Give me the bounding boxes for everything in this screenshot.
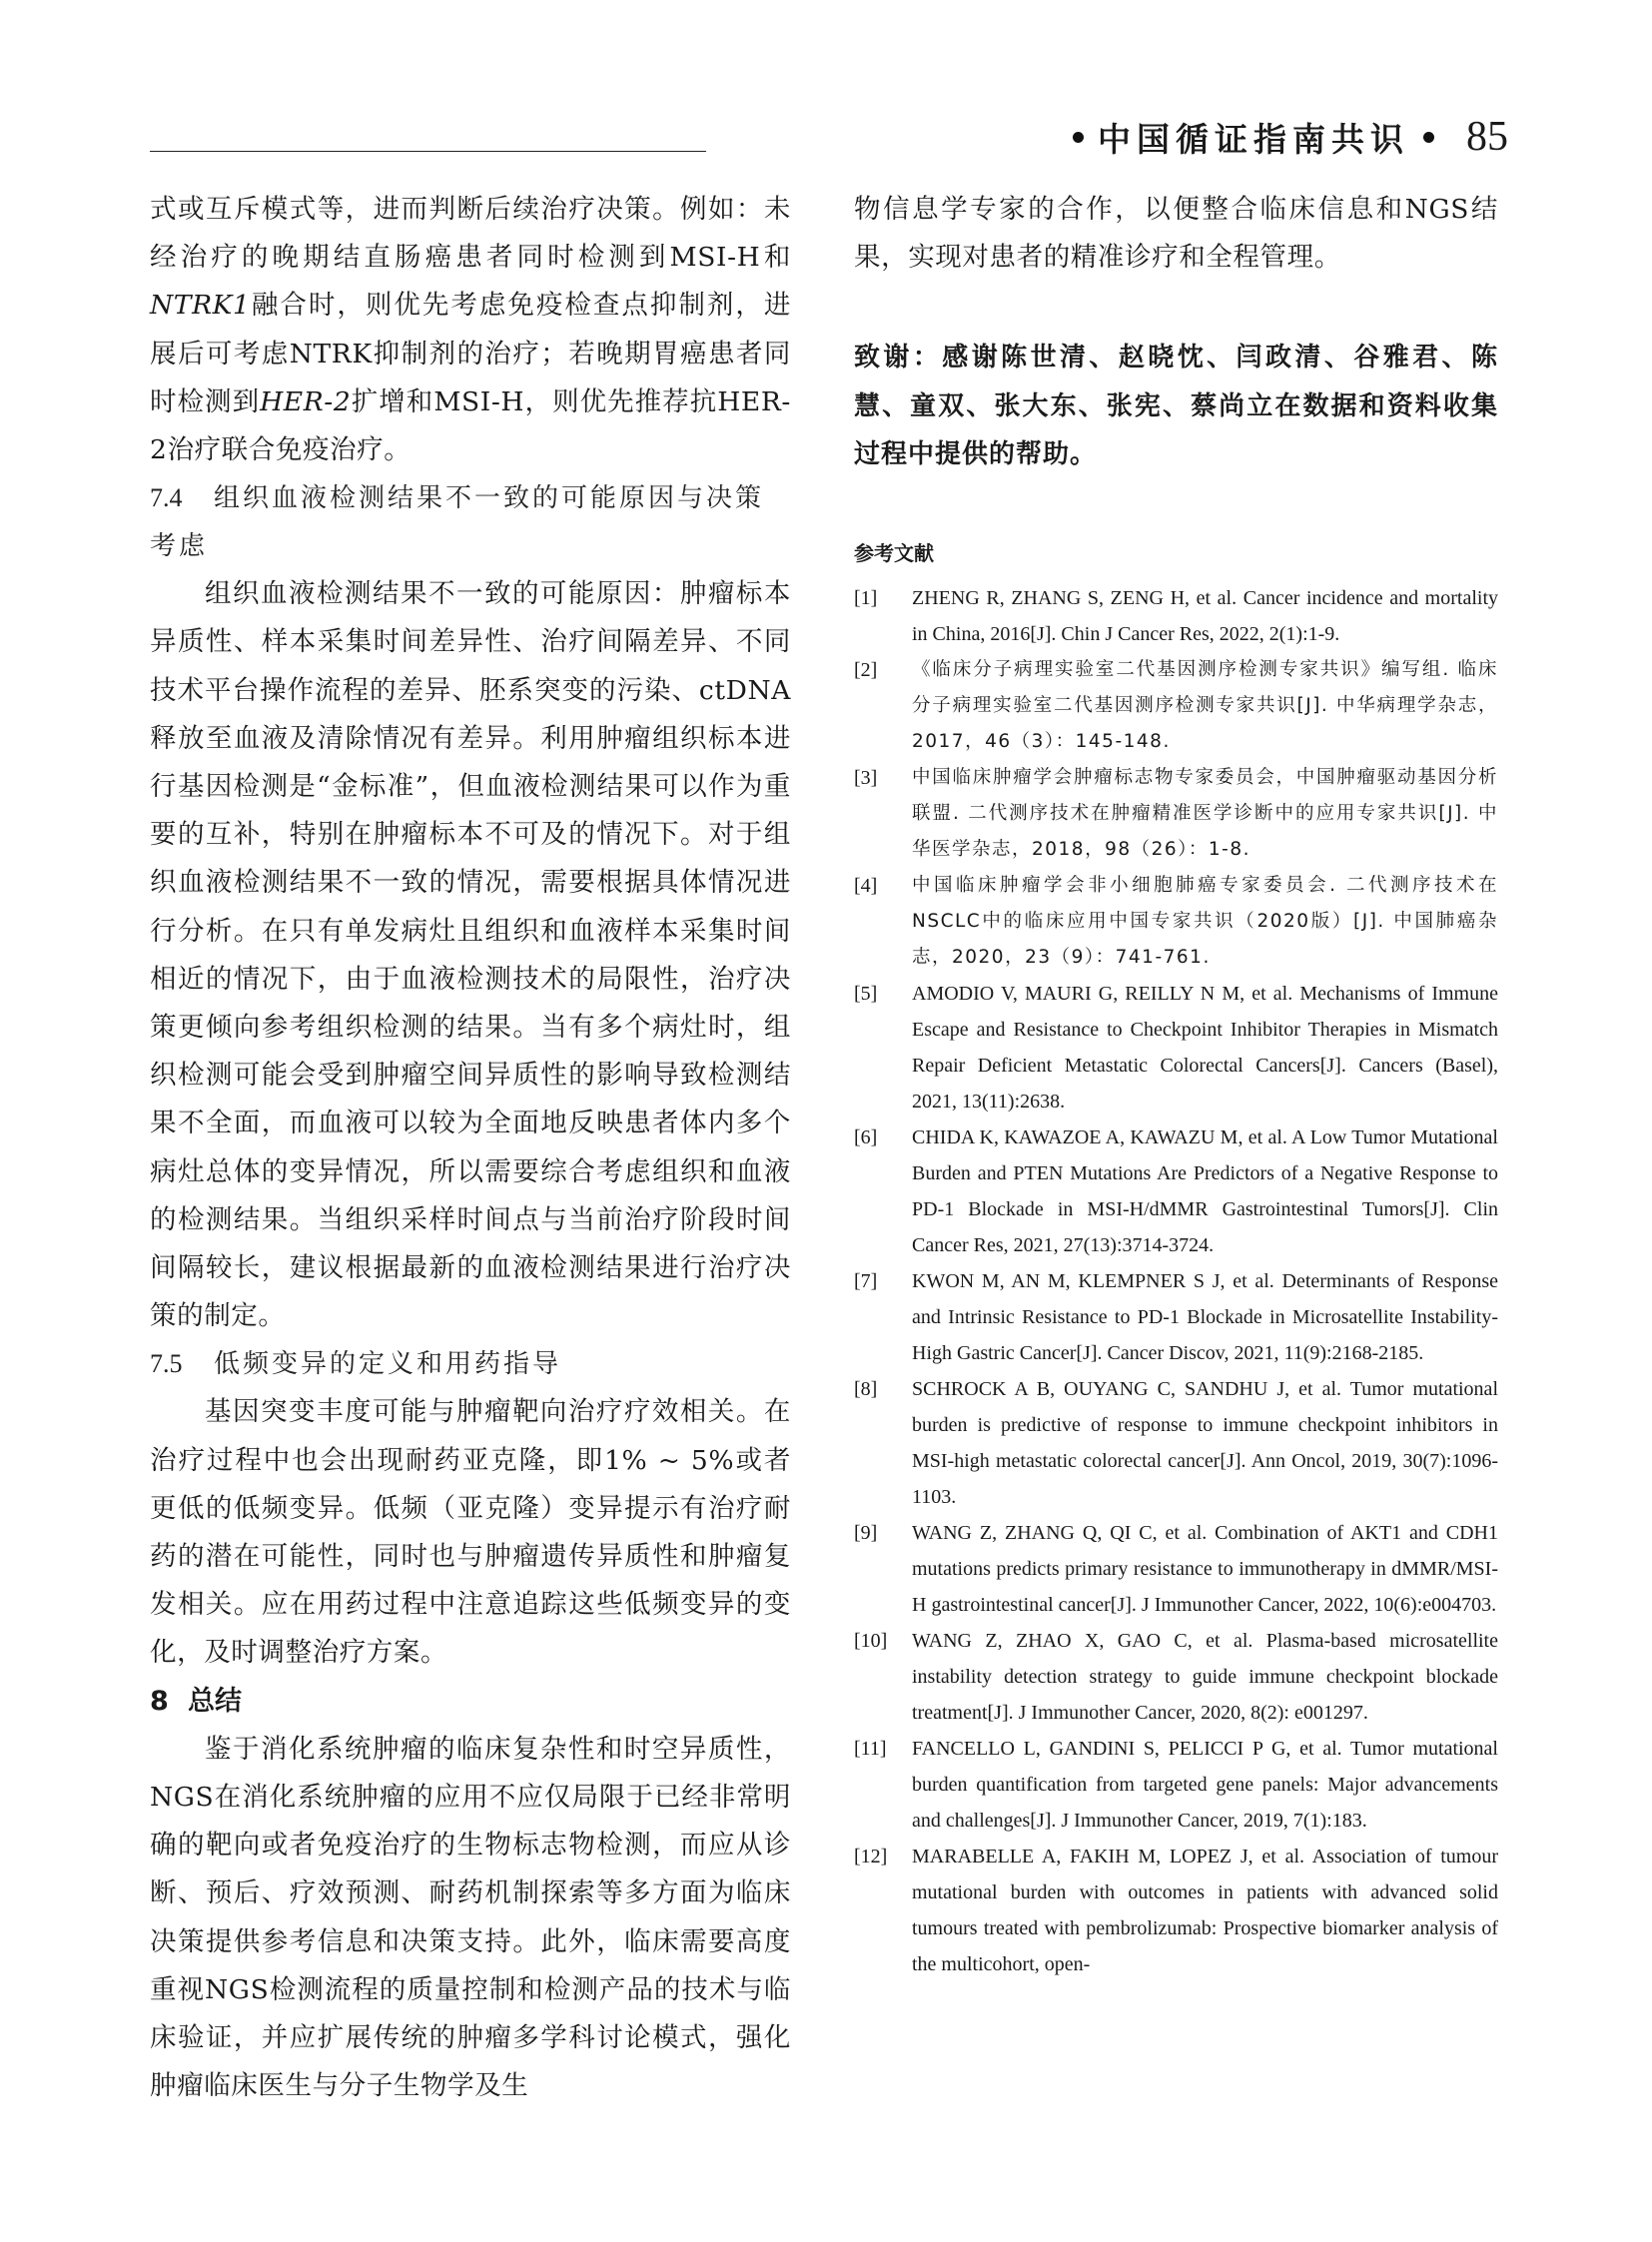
reference-text: 《临床分子病理实验室二代基因测序检测专家共识》编写组. 临床分子病理实验室二代基…: [912, 652, 1498, 760]
section-number: 7.4: [150, 474, 214, 522]
reference-text: MARABELLE A, FAKIH M, LOPEZ J, et al. As…: [912, 1839, 1498, 1982]
reference-text: ZHENG R, ZHANG S, ZENG H, et al. Cancer …: [912, 580, 1498, 652]
journal-name: 中国循证指南共识: [1098, 114, 1409, 161]
reference-item: [1]ZHENG R, ZHANG S, ZENG H, et al. Canc…: [854, 580, 1498, 652]
reference-item: [7]KWON M, AN M, KLEMPNER S J, et al. De…: [854, 1263, 1498, 1371]
reference-text: FANCELLO L, GANDINI S, PELICCI P G, et a…: [912, 1731, 1498, 1839]
section-heading-7-4: 7.4组织血液检测结果不一致的可能原因与决策考虑: [150, 474, 791, 570]
gene-name: NTRK1: [150, 290, 250, 321]
reference-index: [5]: [854, 976, 912, 1120]
reference-text: KWON M, AN M, KLEMPNER S J, et al. Deter…: [912, 1263, 1498, 1371]
section-heading-7-5: 7.5低频变异的定义和用药指导: [150, 1340, 791, 1388]
reference-index: [7]: [854, 1263, 912, 1371]
reference-item: [11]FANCELLO L, GANDINI S, PELICCI P G, …: [854, 1731, 1498, 1839]
reference-index: [1]: [854, 580, 912, 652]
reference-index: [9]: [854, 1515, 912, 1623]
reference-index: [6]: [854, 1120, 912, 1263]
reference-text: AMODIO V, MAURI G, REILLY N M, et al. Me…: [912, 976, 1498, 1120]
reference-index: [12]: [854, 1839, 912, 1982]
running-head: 中国循证指南共识 85: [1039, 112, 1508, 162]
reference-item: [4]中国临床肿瘤学会非小细胞肺癌专家委员会. 二代测序技术在NSCLC中的临床…: [854, 868, 1498, 976]
section-title: 组织血液检测结果不一致的可能原因与决策考虑: [150, 483, 764, 561]
reference-index: [2]: [854, 652, 912, 760]
reference-text: 中国临床肿瘤学会非小细胞肺癌专家委员会. 二代测序技术在NSCLC中的临床应用中…: [912, 868, 1498, 976]
reference-item: [6]CHIDA K, KAWAZOE A, KAWAZU M, et al. …: [854, 1120, 1498, 1263]
bullet-icon: [1073, 132, 1084, 143]
paragraph-continued: 式或互斥模式等，进而判断后续治疗决策。例如：未经治疗的晚期结直肠癌患者同时检测到…: [150, 186, 791, 474]
reference-item: [5]AMODIO V, MAURI G, REILLY N M, et al.…: [854, 976, 1498, 1120]
section-7-5-body: 基因突变丰度可能与肿瘤靶向治疗疗效相关。在治疗过程中也会出现耐药亚克隆，即1% …: [150, 1388, 791, 1677]
reference-index: [3]: [854, 760, 912, 868]
right-column: 物信息学专家的合作，以便整合临床信息和NGS结果，实现对患者的精准诊疗和全程管理…: [854, 186, 1498, 1982]
reference-text: SCHROCK A B, OUYANG C, SANDHU J, et al. …: [912, 1371, 1498, 1515]
reference-item: [2]《临床分子病理实验室二代基因测序检测专家共识》编写组. 临床分子病理实验室…: [854, 652, 1498, 760]
page-number: 85: [1466, 113, 1508, 161]
reference-text: 中国临床肿瘤学会肿瘤标志物专家委员会，中国肿瘤驱动基因分析联盟. 二代测序技术在…: [912, 760, 1498, 868]
left-column: 式或互斥模式等，进而判断后续治疗决策。例如：未经治疗的晚期结直肠癌患者同时检测到…: [150, 186, 791, 2110]
section-title: 总结: [188, 1686, 242, 1717]
references-title: 参考文献: [854, 537, 1498, 566]
section-heading-8: 8总结: [150, 1678, 791, 1726]
reference-index: [11]: [854, 1731, 912, 1839]
reference-item: [3]中国临床肿瘤学会肿瘤标志物专家委员会，中国肿瘤驱动基因分析联盟. 二代测序…: [854, 760, 1498, 868]
text-run: 式或互斥模式等，进而判断后续治疗决策。例如：未经治疗的晚期结直肠癌患者同时检测到…: [150, 194, 791, 273]
paragraph-continued: 物信息学专家的合作，以便整合临床信息和NGS结果，实现对患者的精准诊疗和全程管理…: [854, 186, 1498, 282]
reference-item: [8]SCHROCK A B, OUYANG C, SANDHU J, et a…: [854, 1371, 1498, 1515]
reference-text: WANG Z, ZHAO X, GAO C, et al. Plasma-bas…: [912, 1623, 1498, 1731]
section-7-4-body: 组织血液检测结果不一致的可能原因：肿瘤标本异质性、样本采集时间差异性、治疗间隔差…: [150, 570, 791, 1340]
header-rule: [150, 151, 706, 152]
reference-item: [10]WANG Z, ZHAO X, GAO C, et al. Plasma…: [854, 1623, 1498, 1731]
acknowledgement: 致谢：感谢陈世清、赵晓忱、闫政清、谷雅君、陈慧、童双、张大东、张宪、蔡尚立在数据…: [854, 334, 1498, 479]
reference-item: [12]MARABELLE A, FAKIH M, LOPEZ J, et al…: [854, 1839, 1498, 1982]
section-8-body: 鉴于消化系统肿瘤的临床复杂性和时空异质性，NGS在消化系统肿瘤的应用不应仅局限于…: [150, 1726, 791, 2111]
section-title: 低频变异的定义和用药指导: [214, 1349, 561, 1379]
reference-list: [1]ZHENG R, ZHANG S, ZENG H, et al. Canc…: [854, 580, 1498, 1982]
reference-text: CHIDA K, KAWAZOE A, KAWAZU M, et al. A L…: [912, 1120, 1498, 1263]
section-number: 7.5: [150, 1340, 214, 1388]
bullet-icon: [1423, 132, 1434, 143]
gene-name: HER-2: [260, 386, 351, 417]
reference-text: WANG Z, ZHANG Q, QI C, et al. Combinatio…: [912, 1515, 1498, 1623]
section-number: 8: [150, 1678, 188, 1726]
reference-item: [9]WANG Z, ZHANG Q, QI C, et al. Combina…: [854, 1515, 1498, 1623]
reference-index: [10]: [854, 1623, 912, 1731]
reference-index: [8]: [854, 1371, 912, 1515]
reference-index: [4]: [854, 868, 912, 976]
